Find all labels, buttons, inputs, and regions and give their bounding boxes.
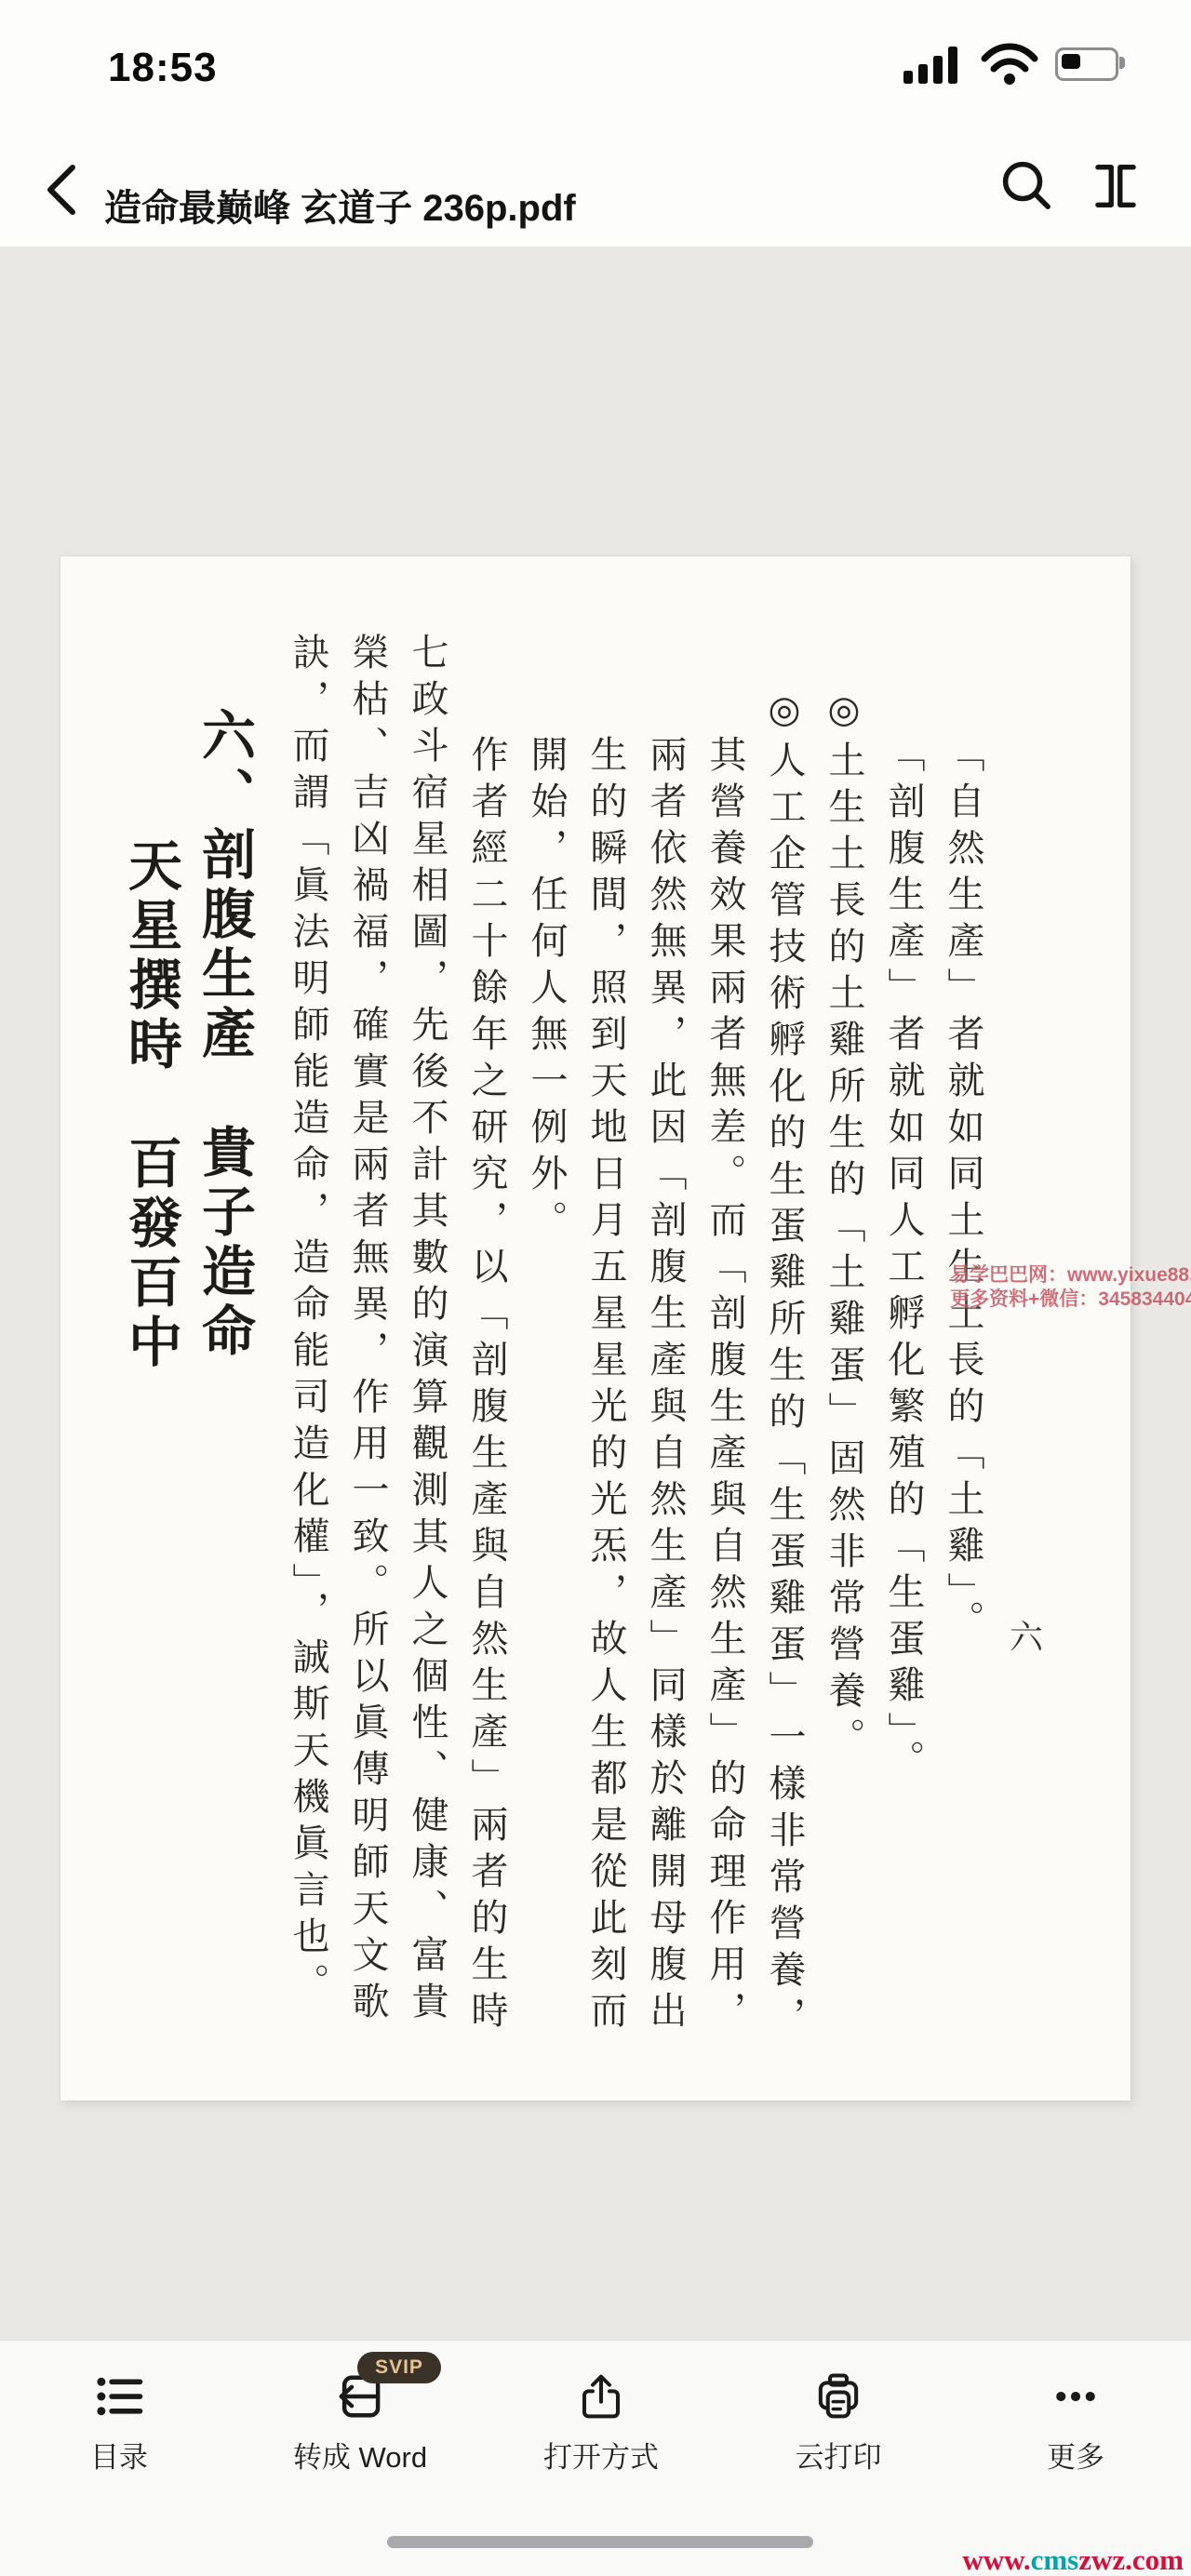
crop-brackets-icon[interactable] (1087, 157, 1144, 215)
footer-watermark-part: www. (962, 2543, 1030, 2576)
toolbar-item-share-open[interactable]: 打开方式 (499, 2370, 703, 2476)
text-column: 生的瞬間，照到天地日月五星星光的光炁，故人生都是從此刻而 (585, 735, 626, 2037)
share-open-icon (499, 2370, 703, 2423)
toolbar-item-cloud-print[interactable]: 云打印 (736, 2370, 941, 2476)
text-column: 兩者依然無異，此因「剖腹生產與自然生產」同樣於離開母腹出 (645, 735, 686, 2037)
section-heading: 六、剖腹生產 貴子造命 (194, 707, 253, 1362)
footer-watermark-part: cms (1031, 2543, 1079, 2576)
text-column: 「剖腹生產」者就如同人工孵化繁殖的「生蛋雞」。 (883, 735, 924, 1786)
chevron-left-icon (41, 162, 80, 218)
toolbar-item-toc-list[interactable]: 目录 (17, 2370, 221, 2476)
home-indicator[interactable] (387, 2536, 813, 2548)
text-column: 「自然生產」者就如同土生土長的「土雞」。 (943, 735, 984, 1647)
text-column: 訣，而謂「眞法明師能造命，造命能司造化權」，誠斯天機眞言也。 (288, 633, 328, 2009)
cell-signal-icon (903, 43, 964, 86)
text-column: 作者經二十餘年之研究，以「剖腹生產與自然生產」兩者的生時 (466, 735, 507, 2037)
text-column: 七政斗宿星相圖，先後不計其數的演算觀測其人之個性、健康、富貴 (407, 633, 448, 2028)
toc-list-icon (17, 2370, 221, 2423)
screen: 18:53 (0, 0, 1191, 2576)
svip-badge: SVIP (357, 2352, 441, 2383)
cloud-print-icon (736, 2370, 941, 2423)
footer-watermark-part: zwz.com (1078, 2543, 1184, 2576)
back-button[interactable] (41, 162, 80, 218)
status-time: 18:53 (108, 45, 218, 91)
footer-watermark: www.cmszwz.com (962, 2543, 1184, 2576)
toolbar-item-convert-word[interactable]: 转成 Word (258, 2370, 462, 2476)
section-subheading: 天星撰時 百發百中 (120, 837, 180, 1373)
toolbar-item-label: 目录 (17, 2434, 221, 2476)
toolbar-item-label: 更多 (973, 2434, 1178, 2476)
toolbar-item-label: 云打印 (736, 2434, 941, 2476)
toolbar-item-label: 打开方式 (499, 2434, 703, 2476)
page-watermark-line2: 更多资料+微信：3458344044 (950, 1288, 1191, 1312)
text-column: 開始，任何人無一例外。 (526, 735, 567, 1247)
page-number: 六 (1010, 1611, 1043, 1659)
text-column: 其營養效果兩者無差。而「剖腹生產與自然生產」的命理作用， (704, 735, 745, 2037)
text-column: ◎人工企管技術孵化的生蛋雞所生的「生蛋雞蛋」一樣非常營養， (764, 688, 805, 2043)
pdf-page: 「自然生產」者就如同土生土長的「土雞」。「剖腹生產」者就如同人工孵化繁殖的「生蛋… (60, 556, 1131, 2101)
page-watermark: 易学巴巴网：www.yixue88.cn 更多资料+微信：3458344044 (950, 1263, 1191, 1312)
header: 18:53 (0, 0, 1191, 247)
text-column: 榮枯、吉凶禍福，確實是兩者無異，作用一致。所以眞傳明師天文歌 (347, 633, 388, 2028)
text-column: ◎土生土長的土雞所生的「土雞蛋」固然非常營養。 (823, 688, 864, 1764)
more-dots-icon (973, 2370, 1178, 2423)
battery-icon (1055, 47, 1118, 81)
search-icon[interactable] (997, 156, 1057, 216)
status-icons (903, 43, 1118, 86)
toolbar-item-more-dots[interactable]: 更多 (973, 2370, 1178, 2476)
page-watermark-line1: 易学巴巴网：www.yixue88.cn (950, 1263, 1191, 1288)
wifi-icon (981, 43, 1038, 86)
document-title: 造命最巅峰 玄道子 236p.pdf (104, 179, 576, 232)
toolbar-item-label: 转成 Word (258, 2434, 462, 2476)
